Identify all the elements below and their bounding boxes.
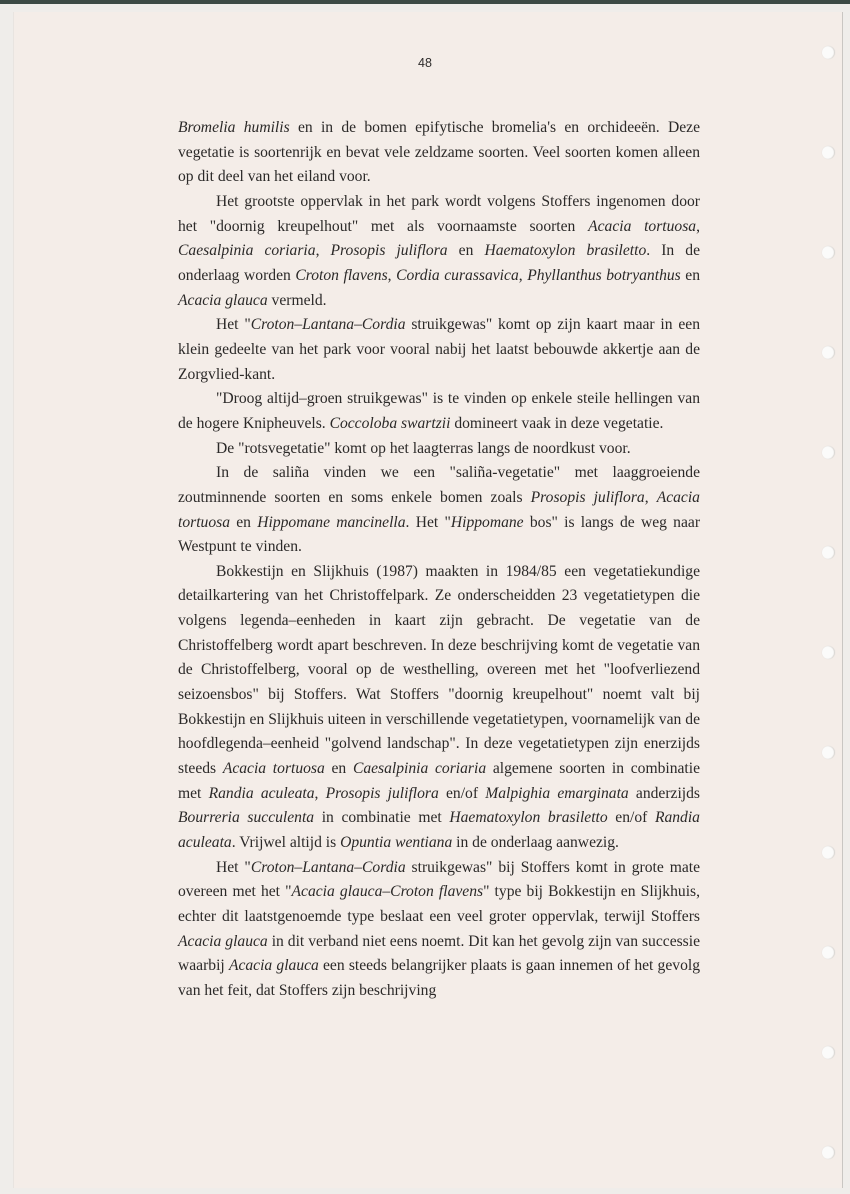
paragraph: "Droog altijd–groen struikgewas" is te v…	[178, 387, 700, 436]
species-name: Haematoxylon brasiletto	[484, 242, 646, 259]
species-name: Croton–Lantana–Cordia	[251, 316, 406, 333]
text-run: ,	[388, 267, 396, 284]
text-run: en	[230, 514, 257, 531]
species-name: Acacia glauca–Croton flavens	[292, 883, 484, 900]
species-name: Opuntia wentiana	[340, 834, 452, 851]
paragraph: Bokkestijn en Slijkhuis (1987) maakten i…	[178, 560, 700, 856]
paragraph: Bromelia humilis en in de bomen epifytis…	[178, 116, 700, 190]
paragraph: De "rotsvegetatie" komt op het laagterra…	[178, 437, 700, 462]
species-name: Hippomane mancinella	[257, 514, 405, 531]
paragraph: In de saliña vinden we een "saliña-veget…	[178, 461, 700, 560]
species-name: Croton–Lantana–Cordia	[251, 859, 406, 876]
scanner-top-edge	[0, 0, 850, 4]
binder-hole-icon	[822, 446, 835, 459]
species-name: Prosopis juliflora	[331, 242, 448, 259]
text-run: en/of	[439, 785, 485, 802]
species-name: Acacia glauca	[178, 933, 268, 950]
species-name: Hippomane	[451, 514, 524, 531]
species-name: Caesalpinia coriaria	[178, 242, 316, 259]
paragraph: Het "Croton–Lantana–Cordia struikgewas" …	[178, 313, 700, 387]
text-run: ,	[316, 242, 331, 259]
paragraph: Het "Croton–Lantana–Cordia struikgewas" …	[178, 856, 700, 1004]
binder-hole-icon	[822, 1146, 835, 1159]
binder-hole-icon	[822, 946, 835, 959]
body-text: Bromelia humilis en in de bomen epifytis…	[178, 116, 700, 1004]
binder-hole-icon	[822, 646, 835, 659]
text-run: ,	[315, 785, 326, 802]
text-run: ,	[645, 489, 657, 506]
species-name: Acacia tortuosa	[588, 218, 696, 235]
species-name: Bromelia humilis	[178, 119, 290, 136]
text-run: . Vrijwel altijd is	[232, 834, 340, 851]
text-run: vermeld.	[268, 292, 327, 309]
text-run: en	[681, 267, 700, 284]
species-name: Acacia glauca	[178, 292, 268, 309]
text-run: Bokkestijn en Slijkhuis (1987) maakten i…	[178, 563, 700, 777]
text-run: Het "	[216, 316, 251, 333]
species-name: Caesalpinia coriaria	[353, 760, 486, 777]
text-run: in combinatie met	[314, 809, 449, 826]
species-name: Bourreria succulenta	[178, 809, 314, 826]
page-edge	[842, 12, 843, 1188]
species-name: Prosopis juliflora	[531, 489, 645, 506]
text-run: en	[325, 760, 353, 777]
text-run: Het "	[216, 859, 251, 876]
text-run: . Het "	[406, 514, 451, 531]
species-name: Haematoxylon brasiletto	[449, 809, 607, 826]
binder-hole-icon	[822, 746, 835, 759]
page-number: 48	[0, 56, 850, 70]
text-run: en	[448, 242, 485, 259]
binder-hole-icon	[822, 246, 835, 259]
paragraph: Het grootste oppervlak in het park wordt…	[178, 190, 700, 313]
binder-hole-icon	[822, 346, 835, 359]
binder-hole-icon	[822, 146, 835, 159]
text-run: ,	[519, 267, 527, 284]
species-name: Cordia curassavica	[396, 267, 519, 284]
text-run: in de onderlaag aanwezig.	[452, 834, 619, 851]
text-run: De "rotsvegetatie" komt op het laagterra…	[216, 440, 631, 457]
text-run: ,	[696, 218, 700, 235]
binder-hole-icon	[822, 546, 835, 559]
species-name: Malpighia emarginata	[485, 785, 628, 802]
binder-hole-icon	[822, 1046, 835, 1059]
species-name: Phyllanthus botryanthus	[527, 267, 681, 284]
species-name: Acacia glauca	[229, 957, 319, 974]
species-name: Acacia tortuosa	[223, 760, 325, 777]
text-run: domineert vaak in deze vegetatie.	[450, 415, 663, 432]
species-name: Croton flavens	[295, 267, 387, 284]
species-name: Randia aculeata	[209, 785, 315, 802]
species-name: Prosopis juliflora	[326, 785, 439, 802]
text-run: en/of	[608, 809, 655, 826]
species-name: Coccoloba swartzii	[330, 415, 451, 432]
text-run: anderzijds	[629, 785, 700, 802]
binder-hole-icon	[822, 846, 835, 859]
